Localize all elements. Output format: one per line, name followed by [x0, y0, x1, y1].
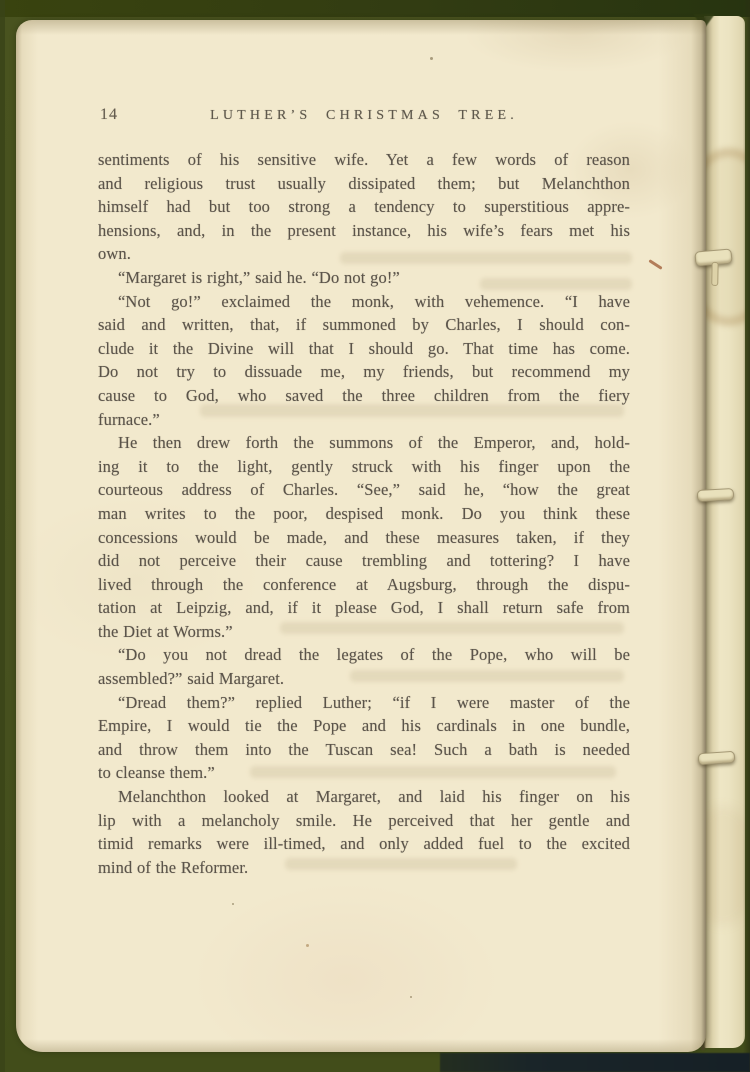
- body-text-line: did not perceive their cause trembling a…: [98, 549, 630, 573]
- body-text-line: “Not go!” exclaimed the monk, with vehem…: [98, 290, 630, 314]
- body-text-line: lip with a melancholy smile. He perceive…: [98, 809, 630, 833]
- running-title: LUTHER’S CHRISTMAS TREE.: [98, 105, 630, 124]
- ink-speck: [648, 259, 662, 270]
- show-through-mark: [340, 252, 632, 264]
- body-text-line: timid remarks were ill-timed, and only a…: [98, 832, 630, 856]
- body-text-line: hensions, and, in the present instance, …: [98, 219, 630, 243]
- body-text-line: tation at Leipzig, and, if it please God…: [98, 596, 630, 620]
- book-page: 14 LUTHER’S CHRISTMAS TREE. sentiments o…: [16, 20, 706, 1052]
- body-text-line: He then drew forth the summons of the Em…: [98, 431, 630, 455]
- water-stain-ring: [704, 148, 745, 326]
- show-through-mark: [280, 622, 624, 634]
- body-text-line: Do not try to dissuade me, my friends, b…: [98, 360, 630, 384]
- scanned-book-page: 14 LUTHER’S CHRISTMAS TREE. sentiments o…: [0, 0, 750, 1072]
- body-text-line: and throw them into the Tuscan sea! Such…: [98, 738, 630, 762]
- page-edge-shadow: [743, 0, 750, 1072]
- body-text-line: clude it the Divine will that I should g…: [98, 337, 630, 361]
- body-text-line: sentiments of his sensitive wife. Yet a …: [98, 148, 630, 172]
- page-number: 14: [100, 106, 118, 124]
- body-text-line: ing it to the light, gently struck with …: [98, 455, 630, 479]
- show-through-mark: [250, 766, 616, 778]
- body-text-line: Melanchthon looked at Margaret, and laid…: [98, 785, 630, 809]
- body-text-line: concessions would be made, and these mea…: [98, 526, 630, 550]
- body-text-line: man writes to the poor, despised monk. D…: [98, 502, 630, 526]
- paper-speck: [306, 944, 309, 947]
- body-text-line: Empire, I would tie the Pope and his car…: [98, 714, 630, 738]
- adjacent-page-edge: [704, 16, 745, 1048]
- paper-speck: [232, 903, 234, 905]
- body-text-line: himself had but too strong a tendency to…: [98, 195, 630, 219]
- body-text-line: “Do you not dread the legates of the Pop…: [98, 643, 630, 667]
- show-through-mark: [480, 278, 632, 290]
- show-through-mark: [350, 670, 624, 682]
- binding-stitch: [698, 751, 736, 766]
- body-text-line: “Dread them?” replied Luther; “if I were…: [98, 691, 630, 715]
- show-through-mark: [200, 404, 624, 417]
- body-text-line: lived through the conference at Augsburg…: [98, 573, 630, 597]
- paper-speck: [410, 996, 412, 998]
- binding-stitch: [694, 248, 732, 266]
- water-stain: [704, 806, 745, 926]
- page-header: 14 LUTHER’S CHRISTMAS TREE.: [98, 105, 630, 127]
- cover-edge-top: [0, 0, 750, 17]
- scan-background-dark: [440, 1053, 750, 1072]
- body-text-line: courteous address of Charles. “See,” sai…: [98, 478, 630, 502]
- body-text-line: said and written, that, if summoned by C…: [98, 313, 630, 337]
- binding-stitch: [697, 488, 735, 502]
- paper-speck: [430, 57, 433, 60]
- body-text-line: and religious trust usually dissipated t…: [98, 172, 630, 196]
- show-through-mark: [285, 858, 517, 870]
- cover-edge-left: [0, 0, 5, 1072]
